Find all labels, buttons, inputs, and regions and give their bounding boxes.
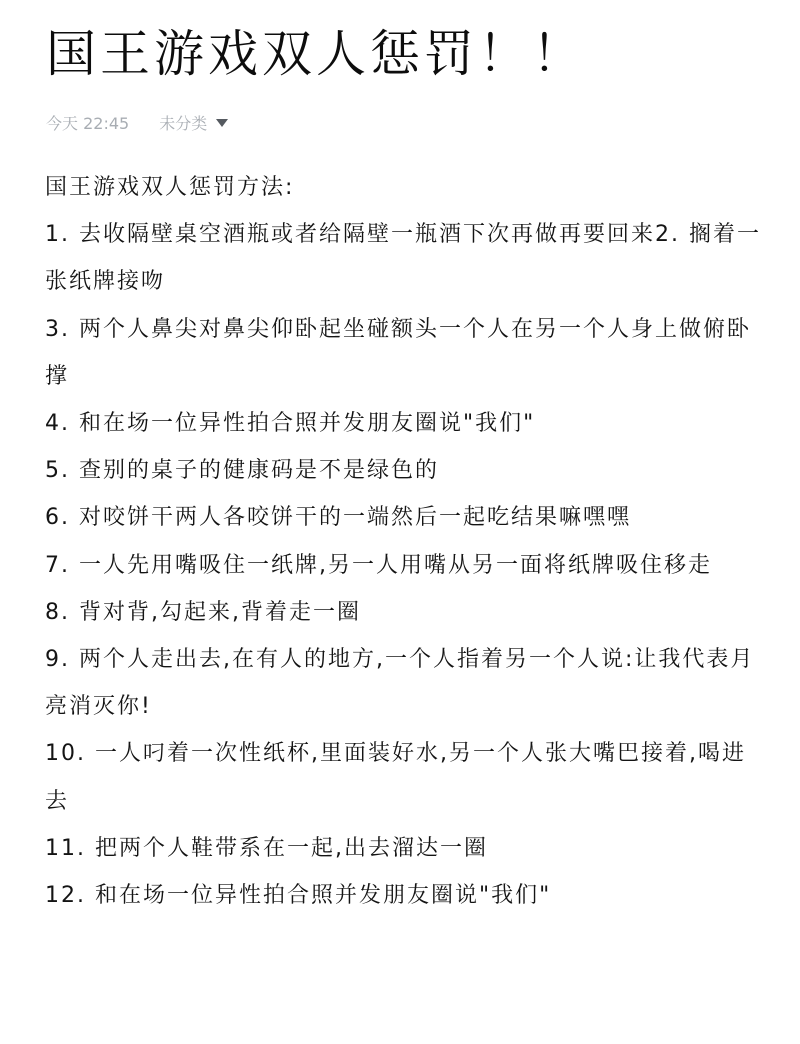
note-body[interactable]: 国王游戏双人惩罚方法: 1. 去收隔壁桌空酒瓶或者给隔壁一瓶酒下次再做再要回来2…	[45, 164, 765, 919]
list-item: 1. 去收隔壁桌空酒瓶或者给隔壁一瓶酒下次再做再要回来2. 搁着一张纸牌接吻	[45, 211, 765, 305]
note-timestamp: 今天 22:45	[46, 111, 129, 134]
note-title: 国王游戏双人惩罚！！	[46, 24, 586, 84]
list-item: 5. 查别的桌子的健康码是不是绿色的	[45, 447, 765, 494]
list-item: 11. 把两个人鞋带系在一起,出去溜达一圈	[45, 825, 765, 872]
list-item: 12. 和在场一位异性拍合照并发朋友圈说"我们"	[45, 872, 765, 919]
list-item: 8. 背对背,勾起来,背着走一圈	[45, 589, 765, 636]
note-meta: 今天 22:45 未分类	[46, 110, 228, 134]
caret-down-icon	[216, 119, 228, 127]
list-item: 7. 一人先用嘴吸住一纸牌,另一人用嘴从另一面将纸牌吸住移走	[45, 542, 765, 589]
category-dropdown[interactable]: 未分类	[159, 111, 228, 134]
list-item: 10. 一人叼着一次性纸杯,里面装好水,另一个人张大嘴巴接着,喝进去	[45, 730, 765, 824]
list-item: 6. 对咬饼干两人各咬饼干的一端然后一起吃结果嘛嘿嘿	[45, 494, 765, 541]
list-item: 4. 和在场一位异性拍合照并发朋友圈说"我们"	[45, 400, 765, 447]
note-intro: 国王游戏双人惩罚方法:	[45, 164, 765, 211]
list-item: 9. 两个人走出去,在有人的地方,一个人指着另一个人说:让我代表月亮消灭你!	[45, 636, 765, 730]
list-item: 3. 两个人鼻尖对鼻尖仰卧起坐碰额头一个人在另一个人身上做俯卧撑	[45, 306, 765, 400]
category-label: 未分类	[159, 111, 207, 134]
